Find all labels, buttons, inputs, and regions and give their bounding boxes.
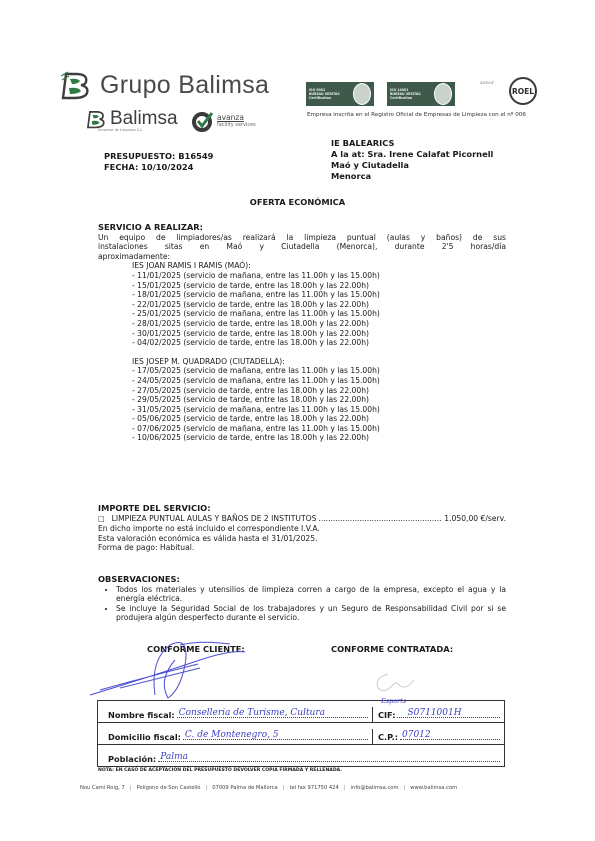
poblacion-cell: Población: Palma [98,751,504,766]
balimsa-b-logo-icon [60,70,94,100]
footer-separator: | [283,785,285,791]
acceptance-note: NOTA: EN CASO DE ACEPTACIÓN DEL PRESUPUE… [98,768,342,773]
service-date-list: - 17/05/2025 (servicio de mañana, entre … [132,366,506,443]
observations-list: Todos los materiales y utensilios de lim… [98,585,506,623]
poblacion-field[interactable]: Palma [158,751,500,762]
footer-separator: | [344,785,346,791]
contractor-signature-scribble [370,668,420,694]
school-block-ciutadella: IES JOSEP M. QUADRADO (CIUTADELLA): - 17… [132,357,506,443]
price-line-item: □ LIMPIEZA PUNTUAL AULAS Y BAÑOS DE 2 IN… [98,514,506,525]
cif-value: S0711001H [407,708,461,718]
domicilio-fiscal-value: C. de Montenegro, 5 [185,730,279,740]
cert-line: Certification [309,96,349,100]
school-block-mao: IES JOAN RAMIS I RAMIS (MAÓ): - 11/01/20… [132,261,506,347]
service-date-item: - 17/05/2025 (servicio de mañana, entre … [132,366,506,376]
service-description-line: aproximadamente: [98,252,506,262]
iso-14001-certification-badge: ISO 14001 BUREAU VERITAS Certification [387,82,455,106]
price-heading: IMPORTE DEL SERVICIO: [98,504,506,514]
form-row-poblacion: Población: Palma [98,745,504,766]
page-footer: Nou Camí Roig, 7|Polígono de Son Castell… [80,785,457,791]
service-date-item: - 24/05/2025 (servicio de mañana, entre … [132,376,506,386]
footer-email[interactable]: info@balimsa.com [351,785,399,791]
balimsa-b-small-icon [86,109,108,129]
recipient-location: Maó y Ciutadella [331,160,493,171]
recipient-island: Menorca [331,171,493,182]
avanza-check-icon [192,110,214,132]
nombre-fiscal-value: Conselleria de Turisme, Cultura [179,708,325,718]
footer-separator: | [130,785,132,791]
service-date-item: - 25/01/2025 (servicio de mañana, entre … [132,309,506,319]
footer-city: 07009 Palma de Mallorca [212,785,277,791]
observation-item: Se incluye la Seguridad Social de los tr… [116,604,506,623]
service-date-item: - 07/06/2025 (servicio de mañana, entre … [132,424,506,434]
roel-logo: ROEL [509,77,537,105]
service-date-list: - 11/01/2025 (servicio de mañana, entre … [132,271,506,348]
cif-field[interactable]: S0711001H [397,707,500,718]
service-heading: SERVICIO A REALIZAR: [98,223,506,233]
cp-value: 07012 [402,730,431,740]
domicilio-fiscal-cell: Domicilio fiscal: C. de Montenegro, 5 [98,729,373,744]
service-date-item: - 15/01/2025 (servicio de tarde, entre l… [132,281,506,291]
nombre-fiscal-label: Nombre fiscal: [108,710,175,720]
company-name: Balimsa [110,108,178,130]
service-description-line: Un equipo de limpiadores/as realizará la… [98,233,506,243]
form-row-nombre: Nombre fiscal: Conselleria de Turisme, C… [98,701,504,723]
nombre-fiscal-field[interactable]: Conselleria de Turisme, Cultura [177,707,368,718]
service-date-item: - 10/06/2025 (servicio de tarde, entre l… [132,433,506,443]
observations-section: OBSERVACIONES: Todos los materiales y ut… [98,575,506,623]
leader-dots: ........................................… [318,514,442,524]
cif-cell: Esports CIF: S0711001H [373,707,504,722]
domicilio-fiscal-field[interactable]: C. de Montenegro, 5 [183,729,368,740]
registry-note: Empresa inscrita en el Registro Oficial … [307,112,526,118]
date-label: FECHA: [104,162,138,172]
payment-note: Forma de pago: Habitual. [98,543,506,553]
service-date-item: - 28/01/2025 (servicio de tarde, entre l… [132,319,506,329]
domicilio-fiscal-label: Domicilio fiscal: [108,732,181,742]
date-value: 10/10/2024 [141,162,193,172]
recipient-organization: IE BALEARICS [331,138,493,149]
observations-heading: OBSERVACIONES: [98,575,506,585]
checkbox-bullet-icon: □ [98,515,105,525]
contractor-approval-label: CONFORME CONTRATADA: [331,644,453,654]
poblacion-label: Población: [108,754,156,764]
budget-meta: PRESUPUESTO: B16549 FECHA: 10/10/2024 [104,151,213,173]
poblacion-value: Palma [160,752,188,762]
school-name: IES JOSEP M. QUADRADO (CIUTADELLA): [132,357,506,367]
recipient-block: IE BALEARICS A la at: Sra. Irene Calafat… [331,138,493,182]
iso-9001-certification-badge: ISO 9001 BUREAU VERITAS Certification [306,82,374,106]
cif-label: CIF: [378,710,395,720]
cp-cell: C.P.: 07012 [373,729,504,744]
company-subtitle: Empresa de Limpieza S.L. [98,128,143,132]
footer-separator: | [404,785,406,791]
footer-website[interactable]: www.balimsa.com [410,785,457,791]
footer-phone: tel fax 971750 424 [289,785,338,791]
service-date-item: - 22/01/2025 (servicio de tarde, entre l… [132,300,506,310]
avanza-logo: avanza facility services [192,110,256,132]
cp-label: C.P.: [378,732,398,742]
service-date-item: - 04/02/2025 (servicio de tarde, entre l… [132,338,506,348]
budget-number-line: PRESUPUESTO: B16549 [104,151,213,162]
partner-name: avanza [217,114,256,122]
footer-address: Nou Camí Roig, 7 [80,785,125,791]
school-name: IES JOAN RAMIS I RAMIS (MAÓ): [132,261,506,271]
observation-item: Todos los materiales y utensilios de lim… [116,585,506,604]
service-date-item: - 31/05/2025 (servicio de mañana, entre … [132,405,506,415]
aenor-logo: aenor [473,80,501,104]
grupo-balimsa-logo: Grupo Balimsa [60,70,269,100]
bureau-veritas-seal-icon [434,83,452,105]
recipient-attention: A la at: Sra. Irene Calafat Picornell [331,149,493,160]
price-item-amount: 1.050,00 €/serv. [444,514,506,524]
service-date-item: - 29/05/2025 (servicio de tarde, entre l… [132,395,506,405]
partner-tagline: facility services [217,123,256,128]
service-description-line: instalaciones sitas en Maó y Ciutadella … [98,242,506,252]
footer-industrial-park: Polígono de Son Castelló [137,785,201,791]
price-item-label: LIMPIEZA PUNTUAL AULAS Y BAÑOS DE 2 INST… [112,514,317,524]
budget-number: B16549 [178,151,213,161]
bureau-veritas-seal-icon [353,83,371,105]
service-date-item: - 11/01/2025 (servicio de mañana, entre … [132,271,506,281]
price-section: IMPORTE DEL SERVICIO: □ LIMPIEZA PUNTUAL… [98,504,506,553]
service-date-item: - 27/05/2025 (servicio de tarde, entre l… [132,386,506,396]
document-title: OFERTA ECONÓMICA [0,197,595,207]
budget-label: PRESUPUESTO: [104,151,175,161]
service-date-item: - 18/01/2025 (servicio de mañana, entre … [132,290,506,300]
service-section: SERVICIO A REALIZAR: Un equipo de limpia… [98,223,506,443]
nombre-fiscal-cell: Nombre fiscal: Conselleria de Turisme, C… [98,707,373,722]
cert-line: Certification [390,96,430,100]
form-row-domicilio: Domicilio fiscal: C. de Montenegro, 5 C.… [98,723,504,745]
client-signature-scribble [80,640,260,700]
iva-note: En dicho importe no está incluido el cor… [98,524,506,534]
group-name: Grupo Balimsa [100,71,269,100]
client-details-form: Nombre fiscal: Conselleria de Turisme, C… [97,700,505,767]
date-line: FECHA: 10/10/2024 [104,162,213,173]
service-date-item: - 30/01/2025 (servicio de tarde, entre l… [132,329,506,339]
cp-field[interactable]: 07012 [400,729,500,740]
cif-handwritten-note: Esports [381,697,406,705]
balimsa-logo: Balimsa [86,108,178,130]
service-date-item: - 05/06/2025 (servicio de tarde, entre l… [132,414,506,424]
footer-separator: | [205,785,207,791]
validity-note: Esta valoración económica es válida hast… [98,534,506,544]
